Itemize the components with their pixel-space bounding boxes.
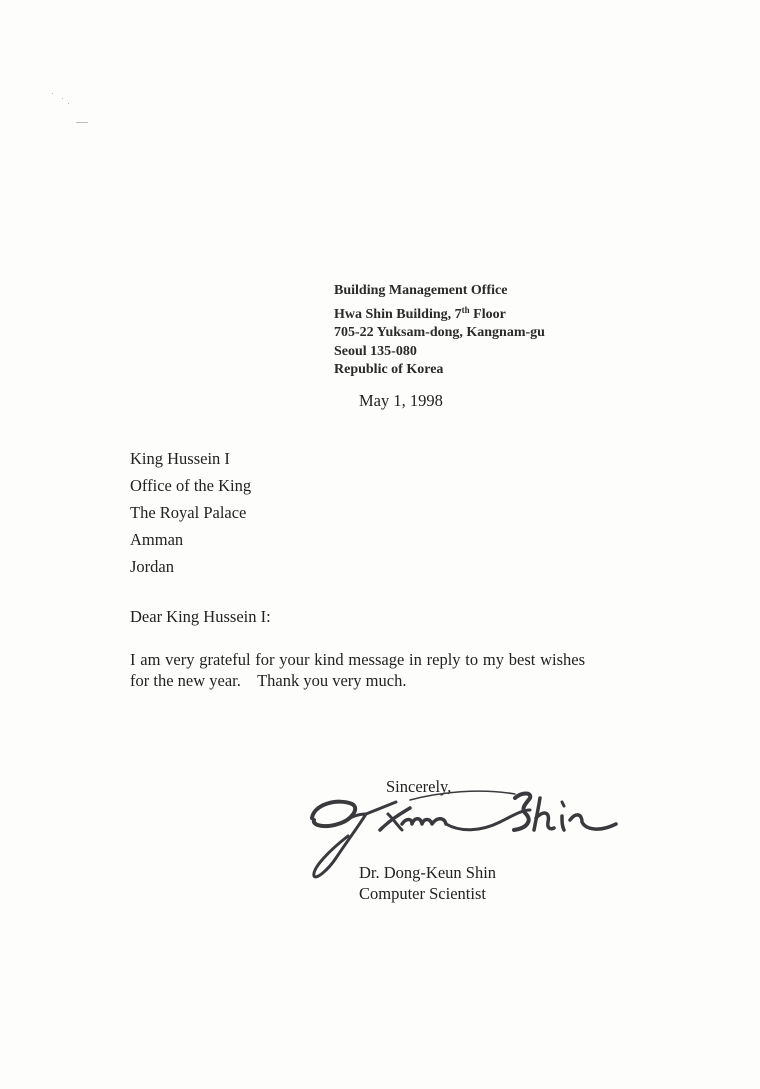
letter-body: I am very grateful for your kind message… <box>130 649 585 691</box>
recipient-line: King Hussein I <box>130 445 251 472</box>
signer-name: Dr. Dong-Keun Shin <box>359 862 496 883</box>
salutation: Dear King Hussein I: <box>130 607 271 627</box>
signer-title: Computer Scientist <box>359 883 496 904</box>
scan-speck <box>68 103 69 104</box>
sender-line: Building Management Office <box>334 282 545 301</box>
sender-address: Building Management Office Hwa Shin Buil… <box>334 282 545 380</box>
sender-line: Seoul 135-080 <box>334 343 545 362</box>
letter-date: May 1, 1998 <box>359 391 443 411</box>
recipient-line: Jordan <box>130 553 251 580</box>
sender-building: Hwa Shin Building, 7 <box>334 307 462 322</box>
sender-line: Republic of Korea <box>334 361 545 380</box>
letter-page: Building Management Office Hwa Shin Buil… <box>0 0 760 1089</box>
sender-line: 705-22 Yuksam-dong, Kangnam-gu <box>334 324 545 343</box>
floor-suffix: Floor <box>470 307 506 322</box>
signer-block: Dr. Dong-Keun Shin Computer Scientist <box>359 862 496 904</box>
floor-superscript: th <box>462 305 470 315</box>
scan-speck <box>52 93 53 94</box>
recipient-line: The Royal Palace <box>130 499 251 526</box>
recipient-address: King Hussein I Office of the King The Ro… <box>130 445 251 580</box>
recipient-line: Office of the King <box>130 472 251 499</box>
scan-speck <box>76 122 88 123</box>
scan-speck <box>62 98 63 99</box>
recipient-line: Amman <box>130 526 251 553</box>
sender-line: Hwa Shin Building, 7th Floor <box>334 301 545 325</box>
